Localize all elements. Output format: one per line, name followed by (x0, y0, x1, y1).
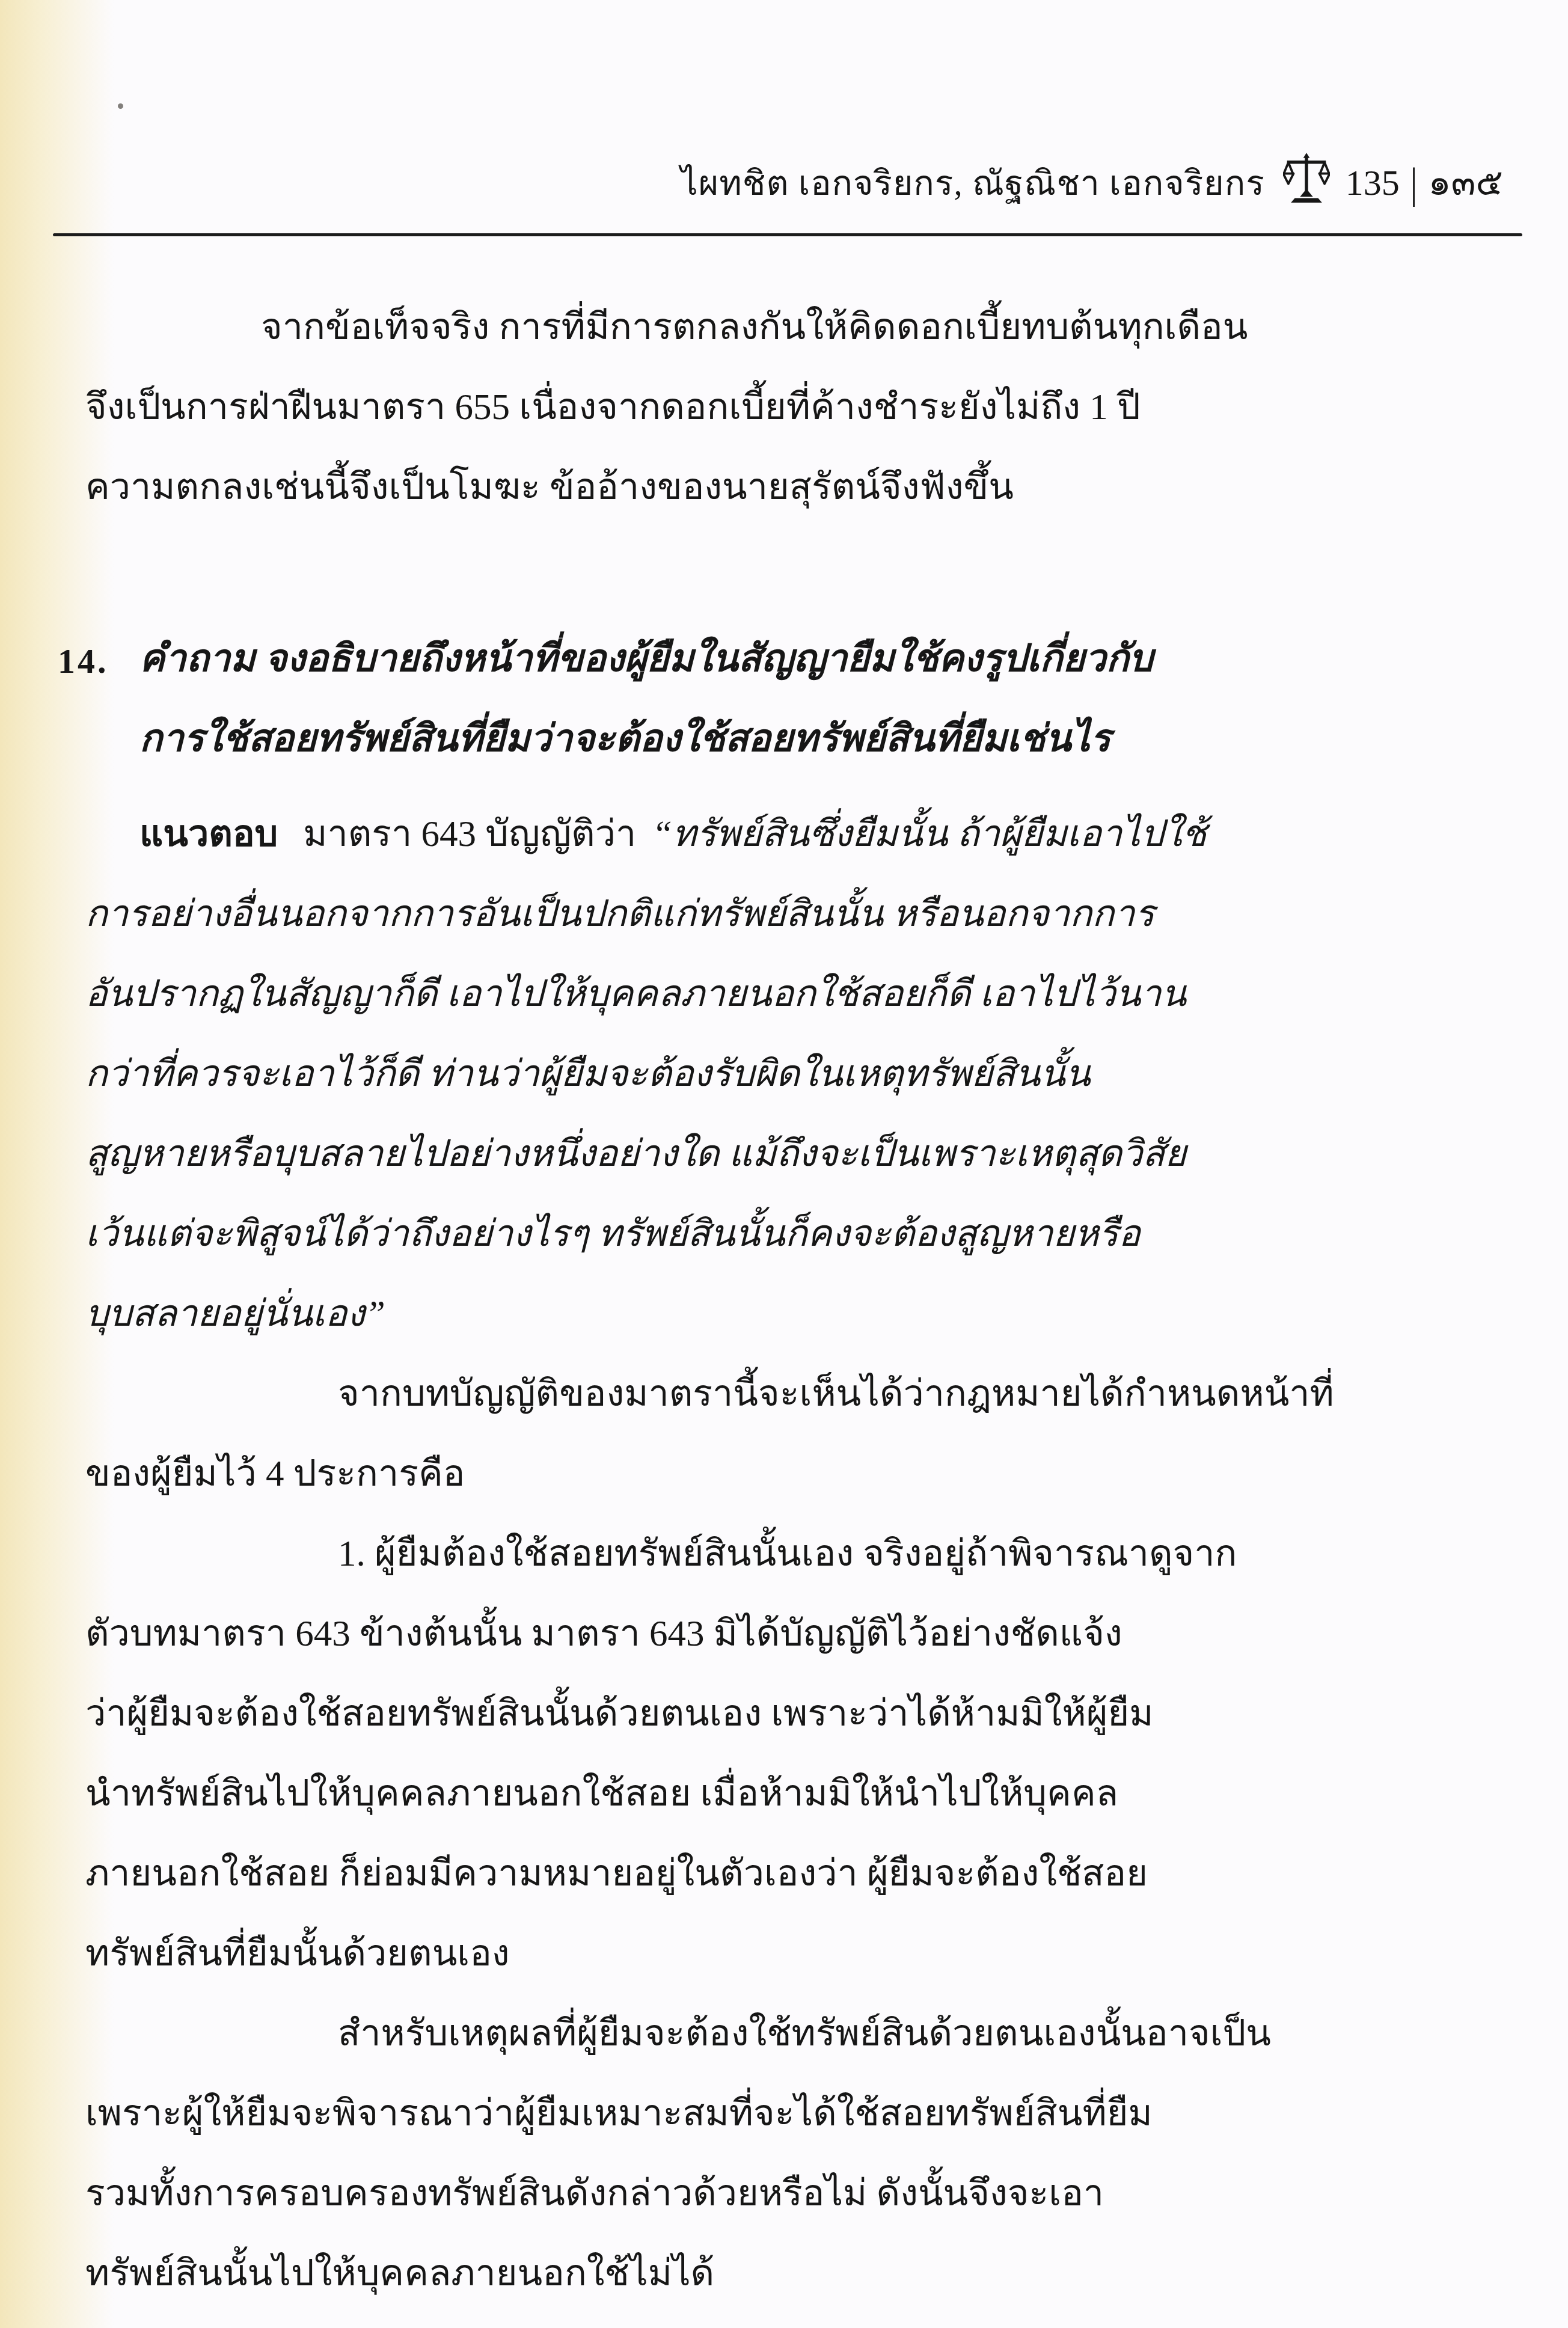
intro-paragraph-line: ความตกลงเช่นนี้จึงเป็นโมฆะ ข้ออ้างของนาย… (85, 447, 1504, 527)
commentary-line: ของผู้ยืมไว้ 4 ประการคือ (85, 1434, 1504, 1514)
question-number: 14. (58, 621, 109, 701)
reason-line: ทรัพย์สินนั้นไปให้บุคคลภายนอกใช้ไม่ได้ (85, 2234, 1504, 2314)
question-line: คำถาม จงอธิบายถึงหน้าที่ของผู้ยืมในสัญญา… (139, 619, 1504, 699)
header-rule (53, 233, 1522, 236)
item1-line: ทรัพย์สินที่ยืมนั้นด้วยตนเอง (85, 1914, 1504, 1994)
item1-line: 1. ผู้ยืมต้องใช้สอยทรัพย์สินนั้นเอง จริง… (85, 1514, 1504, 1594)
reason-line: สำหรับเหตุผลที่ผู้ยืมจะต้องใช้ทรัพย์สินด… (85, 1994, 1504, 2074)
scales-of-justice-icon (1283, 152, 1330, 203)
statute-quote-line: บุบสลายอยู่นั่นเอง” (85, 1274, 1504, 1354)
question-line: การใช้สอยทรัพย์สินที่ยืมว่าจะต้องใช้สอยท… (139, 699, 1504, 779)
book-page: ไผทชิต เอกจริยกร, ณัฐณิชา เอกจริยกร 135|… (0, 0, 1568, 2328)
statute-quote-line: กว่าที่ควรจะเอาไว้ก็ดี ท่านว่าผู้ยืมจะต้… (85, 1034, 1504, 1114)
statute-quote-line: เว้นแต่จะพิสูจน์ได้ว่าถึงอย่างไรๆ ทรัพย์… (85, 1194, 1504, 1274)
intro-paragraph-line: จากข้อเท็จจริง การที่มีการตกลงกันให้คิดด… (85, 287, 1504, 367)
page-header: ไผทชิต เอกจริยกร, ณัฐณิชา เอกจริยกร 135|… (0, 152, 1503, 208)
page-content: จากข้อเท็จจริง การที่มีการตกลงกันให้คิดด… (85, 287, 1504, 2314)
reason-line: เพราะผู้ให้ยืมจะพิจารณาว่าผู้ยืมเหมาะสมท… (85, 2074, 1504, 2154)
scan-speck (118, 103, 123, 109)
item1-line: ภายนอกใช้สอย ก็ย่อมมีความหมายอยู่ในตัวเอ… (85, 1834, 1504, 1914)
answer-label: แนวตอบ (139, 814, 278, 854)
page-number-thai: ๑๓๕ (1428, 163, 1503, 203)
header-authors: ไผทชิต เอกจริยกร, ณัฐณิชา เอกจริยกร (681, 165, 1265, 203)
answer-block: แนวตอบมาตรา 643 บัญญัติว่า“ทรัพย์สินซึ่ง… (85, 794, 1504, 1354)
answer-first-line: แนวตอบมาตรา 643 บัญญัติว่า“ทรัพย์สินซึ่ง… (139, 794, 1504, 874)
page-number-arabic: 135 (1346, 163, 1400, 203)
question-block: 14. คำถาม จงอธิบายถึงหน้าที่ของผู้ยืมในส… (85, 619, 1504, 779)
answer-intro: มาตรา 643 บัญญัติว่า (303, 814, 636, 854)
commentary-line: จากบทบัญญัติของมาตรานี้จะเห็นได้ว่ากฎหมา… (85, 1354, 1504, 1434)
page-number-separator: | (1410, 153, 1418, 213)
statute-quote-line: การอย่างอื่นนอกจากการอันเป็นปกติแก่ทรัพย… (85, 874, 1504, 954)
statute-quote-line: “ทรัพย์สินซึ่งยืมนั้น ถ้าผู้ยืมเอาไปใช้ (652, 814, 1207, 854)
item1-line: ตัวบทมาตรา 643 ข้างต้นนั้น มาตรา 643 มิไ… (85, 1594, 1504, 1674)
intro-paragraph-line: จึงเป็นการฝ่าฝืนมาตรา 655 เนื่องจากดอกเบ… (85, 367, 1504, 447)
statute-quote-line: อันปรากฏในสัญญาก็ดี เอาไปให้บุคคลภายนอกใ… (85, 954, 1504, 1034)
item1-line: ว่าผู้ยืมจะต้องใช้สอยทรัพย์สินนั้นด้วยตน… (85, 1674, 1504, 1754)
reason-line: รวมทั้งการครอบครองทรัพย์สินดังกล่าวด้วยห… (85, 2154, 1504, 2234)
item1-line: นำทรัพย์สินไปให้บุคคลภายนอกใช้สอย เมื่อห… (85, 1754, 1504, 1834)
statute-quote-line: สูญหายหรือบุบสลายไปอย่างหนึ่งอย่างใด แม้… (85, 1114, 1504, 1194)
